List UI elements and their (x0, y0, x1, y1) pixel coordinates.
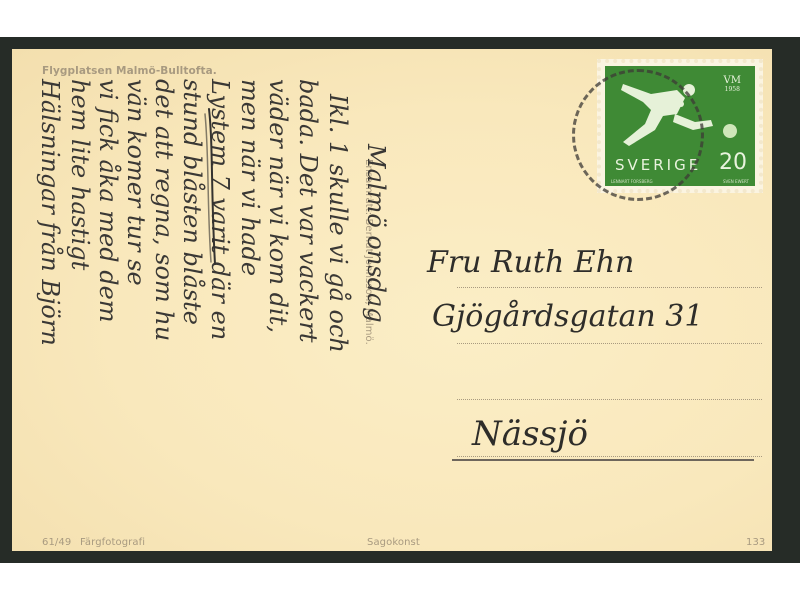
address-name: Fru Ruth Ehn (427, 245, 634, 280)
address-street: Gjögårdsgatan 31 (432, 299, 703, 334)
address-line-4 (457, 456, 762, 457)
stamp-year: 1958 (724, 85, 741, 94)
footer-photo-type: Färgfotografi (80, 537, 145, 548)
footer-publisher: Sagokonst (367, 537, 420, 548)
football-icon (723, 124, 737, 138)
address-line-1 (457, 287, 762, 288)
address-city: Nässjö (472, 414, 588, 454)
message-line: det att regna, som hu (150, 79, 178, 341)
printed-caption: Flygplatsen Malmö-Bulltofta. (42, 65, 217, 77)
message-line: bada. Det var vackert (294, 79, 322, 342)
footer-code: 61/49 (42, 537, 71, 548)
message-line: väder när vi kom dit, (264, 79, 292, 333)
photo-frame: Flygplatsen Malmö-Bulltofta. Ensamrätt: … (0, 37, 800, 563)
stamp-value: 20 (719, 150, 747, 175)
message-line: Hälsningar från Björn (36, 79, 64, 346)
postcard: Flygplatsen Malmö-Bulltofta. Ensamrätt: … (12, 49, 772, 551)
circular-postmark-icon (572, 69, 704, 201)
address-line-2 (457, 343, 762, 344)
message-line: Ikl. 1 skulle vi gå och (324, 94, 352, 353)
message-line: hem lite hastigt (66, 79, 94, 270)
strikethrough-mark (197, 104, 227, 274)
stamp-event-label: VM (724, 76, 741, 85)
city-underline (452, 459, 754, 461)
message-line: vi fick åka med dem (94, 79, 122, 323)
message-line: Malmö onsdag (362, 144, 390, 323)
stamp-event: VM 1958 (724, 76, 741, 94)
message-line: men när vi hade (236, 79, 264, 276)
stamp-engraver: SVEN EWERT (723, 179, 749, 184)
footer-number: 133 (746, 537, 765, 548)
message-line: vän komer tur se (122, 79, 150, 286)
address-line-3 (457, 399, 762, 400)
